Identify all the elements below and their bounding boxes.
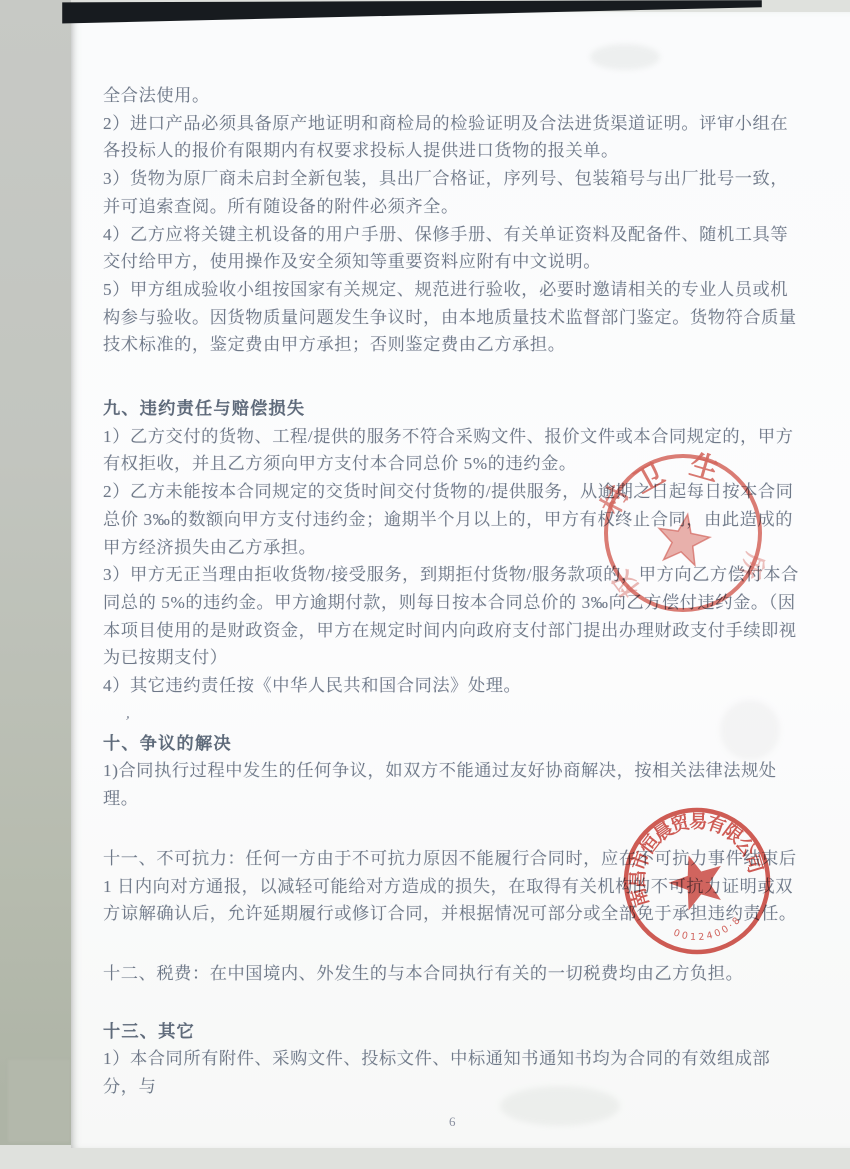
paragraph: 1）乙方交付的货物、工程/提供的服务不符合采购文件、报价文件或本合同规定的，甲方… bbox=[103, 423, 803, 478]
paragraph: 十一、不可抗力：任何一方由于不可抗力原因不能履行合同时，应在不可抗力事件结束后 … bbox=[103, 845, 803, 928]
paragraph: 5）甲方组成验收小组按国家有关规定、规范进行验收，必要时邀请相关的专业人员或机构… bbox=[103, 276, 803, 359]
document-flow: 全合法使用。2）进口产品必须具备原产地证明和商检局的检验证明及合法进货渠道证明。… bbox=[103, 82, 803, 1101]
paragraph: 3）甲方无正当理由拒收货物/接受服务，到期拒付货物/服务款项的，甲方向乙方偿付本… bbox=[103, 561, 803, 672]
paragraph: 3）货物为原厂商未启封全新包装，具出厂合格证，序列号、包装箱号与出厂批号一致，并… bbox=[103, 165, 803, 220]
paragraph: 4）乙方应将关键主机设备的用户手册、保修手册、有关单证资料及配备件、随机工具等交… bbox=[103, 221, 803, 276]
paragraph: 全合法使用。 bbox=[103, 82, 803, 110]
paragraph: 2）进口产品必须具备原产地证明和商检局的检验证明及合法进货渠道证明。评审小组在各… bbox=[103, 110, 803, 165]
paragraph: 十二、税费：在中国境内、外发生的与本合同执行有关的一切税费均由乙方负担。 bbox=[103, 960, 803, 988]
scanner-band-shadow bbox=[8, 1060, 70, 1142]
paragraph: 2）乙方未能按本合同规定的交货时间交付货物的/提供服务，从逾期之日起每日按本合同… bbox=[103, 478, 803, 561]
paragraph: 1)合同执行过程中发生的任何争议，如双方不能通过友好协商解决，按相关法律法规处理… bbox=[103, 757, 803, 812]
scan-smudge bbox=[590, 44, 660, 70]
paragraph: 4）其它违约责任按《中华人民共和国合同法》处理。 bbox=[103, 672, 803, 700]
section-heading: 十三、其它 bbox=[103, 1018, 803, 1046]
section-heading: 九、违约责任与赔偿损失 bbox=[103, 395, 803, 423]
section-heading: 十、争议的解决 bbox=[103, 730, 803, 758]
page-number: 6 bbox=[449, 1114, 456, 1130]
paragraph: 1）本合同所有附件、采购文件、投标文件、中标通知书通知书均为合同的有效组成部分，… bbox=[103, 1045, 803, 1100]
scanned-contract-page: { "document": { "page_number": "6", "blo… bbox=[0, 0, 850, 1169]
scanner-left-band bbox=[0, 0, 71, 1145]
